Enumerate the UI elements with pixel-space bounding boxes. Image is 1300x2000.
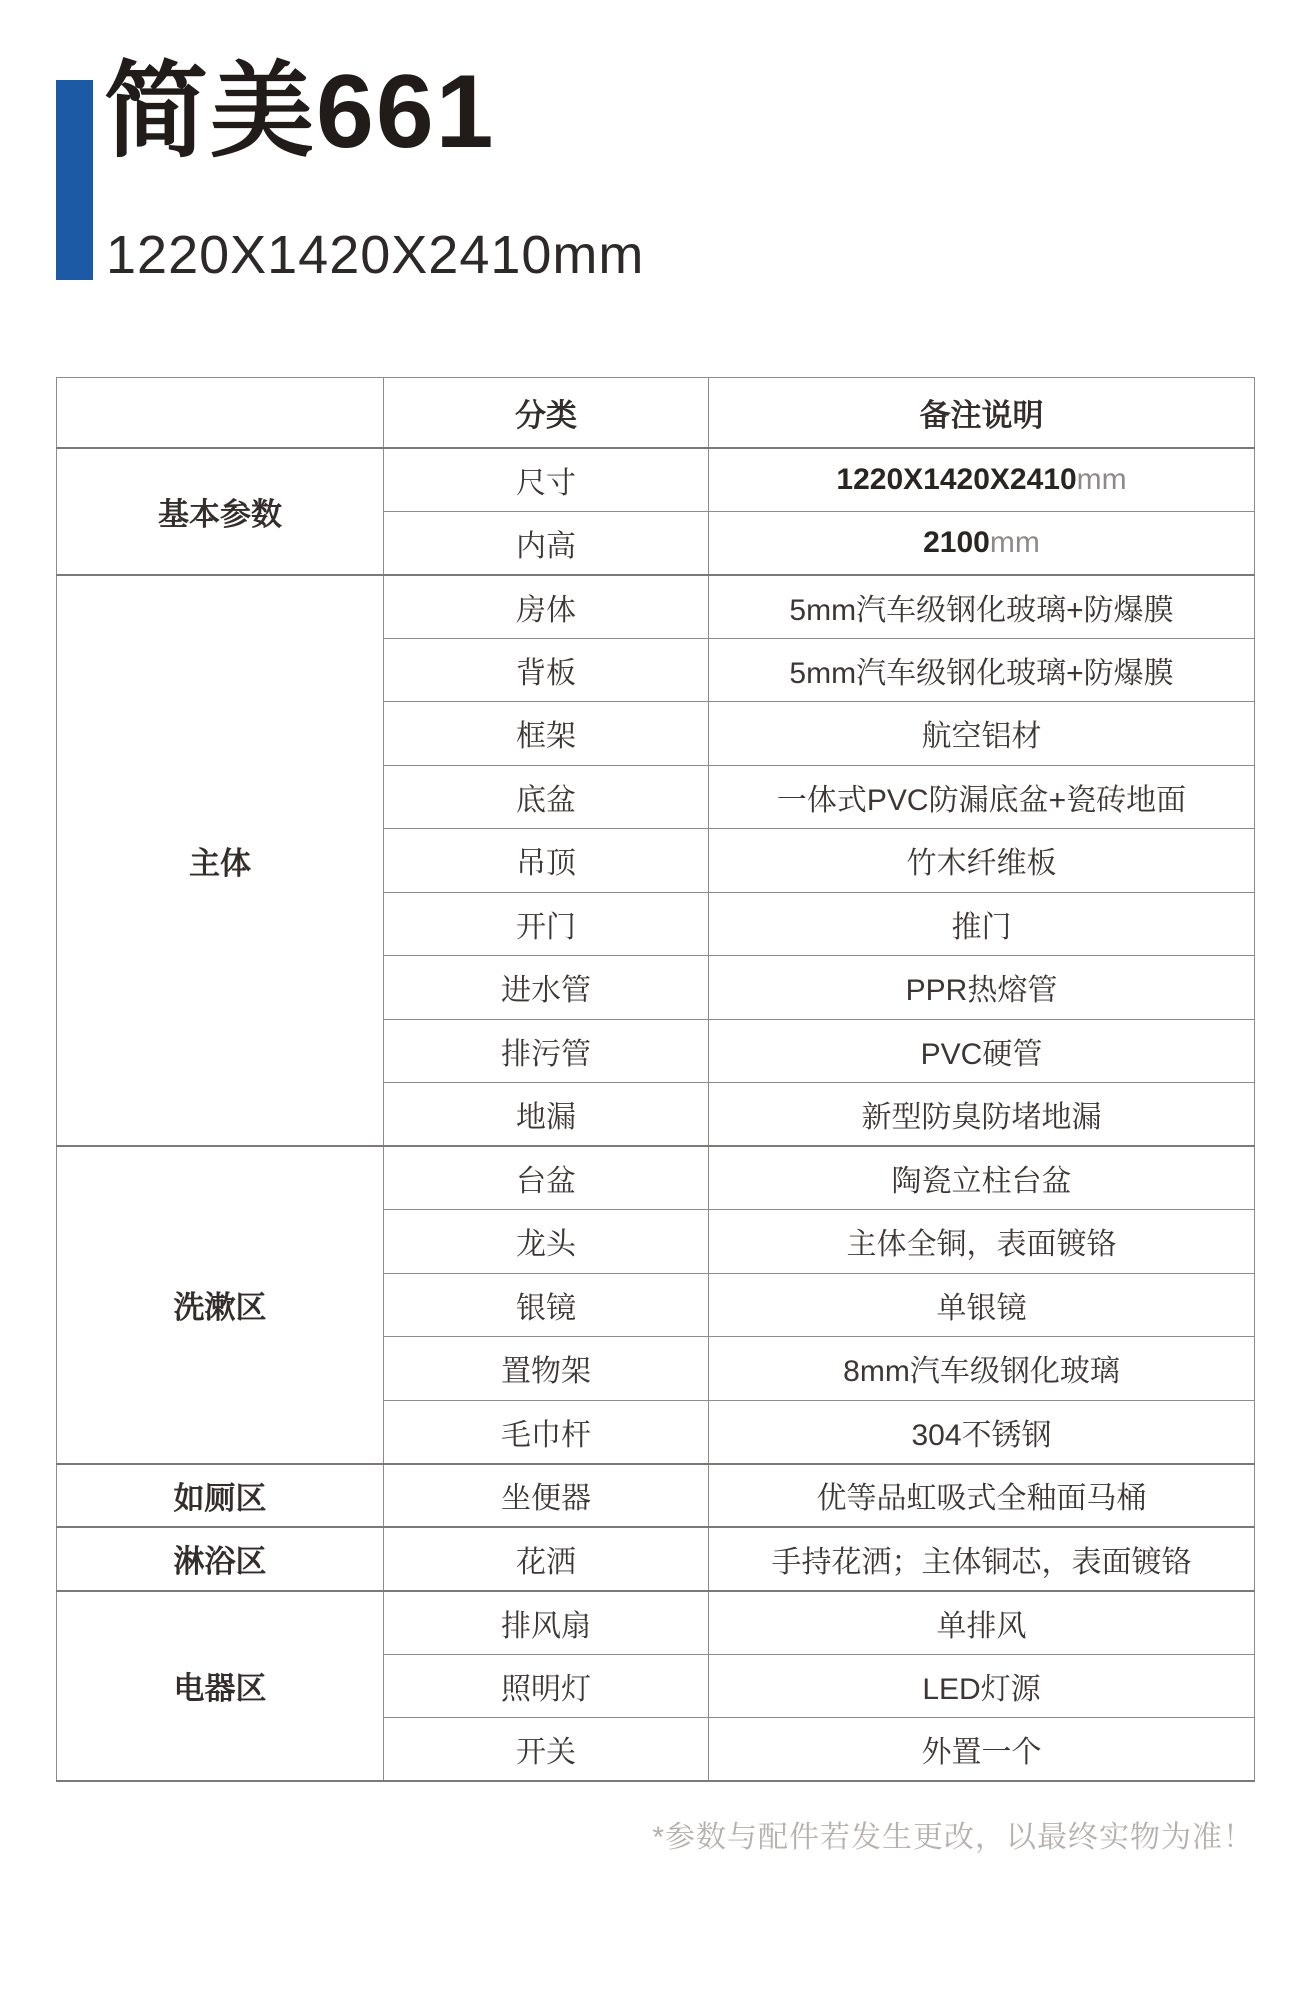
category-cell: 吊顶 [384,829,709,893]
value-cell: 单排风 [709,1591,1255,1655]
page-title: 简美661 [104,48,496,176]
value-cell: PVC硬管 [709,1019,1255,1083]
value-cell: 外置一个 [709,1718,1255,1782]
value-number: 1220X1420X2410 [836,463,1076,496]
value-number: 2100 [923,526,990,559]
category-cell: 框架 [384,702,709,766]
product-dimensions-subtitle: 1220X1420X2410mm [106,224,644,286]
category-cell: 房体 [384,575,709,639]
table-row: 电器区排风扇单排风 [57,1591,1255,1655]
category-cell: 置物架 [384,1337,709,1401]
value-cell: 主体全铜，表面镀铬 [709,1210,1255,1274]
value-cell: 陶瓷立柱台盆 [709,1146,1255,1210]
group-label-cell: 基本参数 [57,448,384,575]
spec-table-container: 分类 备注说明 基本参数尺寸1220X1420X2410mm内高2100mm主体… [56,377,1254,1782]
value-cell: LED灯源 [709,1654,1255,1718]
table-row: 洗漱区台盆陶瓷立柱台盆 [57,1146,1255,1210]
table-row: 基本参数尺寸1220X1420X2410mm [57,448,1255,512]
footnote: *参数与配件若发生更改，以最终实物为准！ [652,1812,1254,1856]
table-row: 主体房体5mm汽车级钢化玻璃+防爆膜 [57,575,1255,639]
value-cell: 航空铝材 [709,702,1255,766]
category-cell: 尺寸 [384,448,709,512]
category-cell: 背板 [384,638,709,702]
value-cell: 推门 [709,892,1255,956]
value-unit: mm [990,526,1040,559]
category-cell: 开门 [384,892,709,956]
group-label-cell: 主体 [57,575,384,1147]
value-cell: 5mm汽车级钢化玻璃+防爆膜 [709,638,1255,702]
value-cell: 新型防臭防堵地漏 [709,1083,1255,1147]
value-cell: 5mm汽车级钢化玻璃+防爆膜 [709,575,1255,639]
category-cell: 花洒 [384,1527,709,1591]
value-unit: mm [1077,463,1127,496]
group-label-cell: 电器区 [57,1591,384,1782]
value-cell: 2100mm [709,511,1255,575]
category-cell: 照明灯 [384,1654,709,1718]
value-cell: PPR热熔管 [709,956,1255,1020]
value-cell: 竹木纤维板 [709,829,1255,893]
category-cell: 坐便器 [384,1464,709,1528]
value-cell: 手持花洒；主体铜芯，表面镀铬 [709,1527,1255,1591]
table-header-row: 分类 备注说明 [57,378,1255,448]
accent-bar [56,80,93,280]
value-cell: 8mm汽车级钢化玻璃 [709,1337,1255,1401]
spec-sheet-page: 简美661 1220X1420X2410mm 分类 备注说明 基本参数尺寸122… [0,0,1300,2000]
value-cell: 1220X1420X2410mm [709,448,1255,512]
header-cell-category: 分类 [384,378,709,448]
value-cell: 单银镜 [709,1273,1255,1337]
value-cell: 优等品虹吸式全釉面马桶 [709,1464,1255,1528]
group-label-cell: 淋浴区 [57,1527,384,1591]
category-cell: 排风扇 [384,1591,709,1655]
spec-table: 分类 备注说明 基本参数尺寸1220X1420X2410mm内高2100mm主体… [56,377,1255,1782]
category-cell: 内高 [384,511,709,575]
category-cell: 底盆 [384,765,709,829]
header-cell-remark: 备注说明 [709,378,1255,448]
category-cell: 银镜 [384,1273,709,1337]
category-cell: 开关 [384,1718,709,1782]
group-label-cell: 如厕区 [57,1464,384,1528]
category-cell: 龙头 [384,1210,709,1274]
category-cell: 排污管 [384,1019,709,1083]
category-cell: 毛巾杆 [384,1400,709,1464]
category-cell: 台盆 [384,1146,709,1210]
category-cell: 地漏 [384,1083,709,1147]
category-cell: 进水管 [384,956,709,1020]
value-cell: 一体式PVC防漏底盆+瓷砖地面 [709,765,1255,829]
header-cell-group [57,378,384,448]
group-label-cell: 洗漱区 [57,1146,384,1464]
table-row: 淋浴区花洒手持花洒；主体铜芯，表面镀铬 [57,1527,1255,1591]
value-cell: 304不锈钢 [709,1400,1255,1464]
table-row: 如厕区坐便器优等品虹吸式全釉面马桶 [57,1464,1255,1528]
